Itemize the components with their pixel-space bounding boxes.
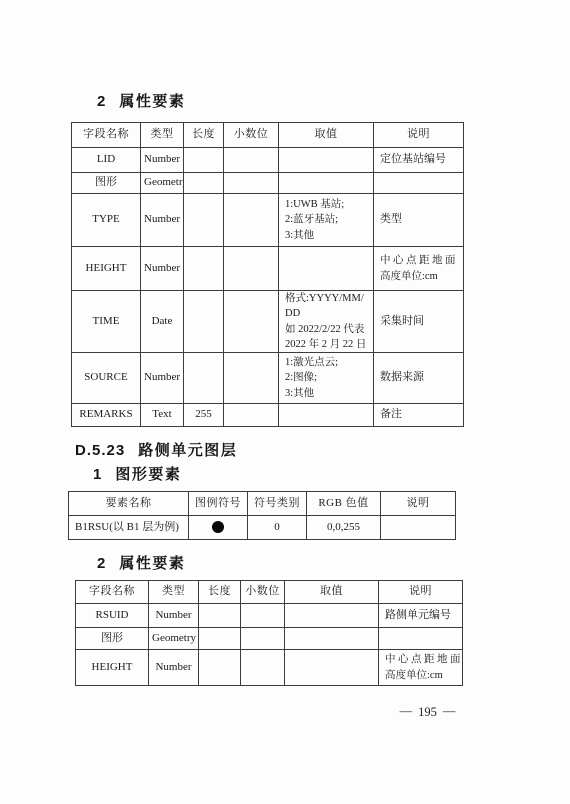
- cell-field: SOURCE: [72, 353, 141, 404]
- table-row: B1RSU(以 B1 层为例) 0 0,0,255: [69, 516, 456, 540]
- header-cell-value: 取值: [285, 581, 379, 604]
- cell-decimal: [224, 173, 279, 194]
- cell-length: [199, 604, 241, 628]
- cell-symbol-class: 0: [248, 516, 307, 540]
- heading-number: 1: [93, 467, 102, 483]
- cell-length: [199, 628, 241, 650]
- cell-length: [199, 650, 241, 686]
- header-cell-rgb: RGB 色值: [307, 492, 381, 516]
- cell-value: [285, 650, 379, 686]
- cell-desc: [374, 173, 464, 194]
- cell-field: 图形: [76, 628, 149, 650]
- cell-value: [279, 247, 374, 291]
- table-row: 图形 Geometry: [76, 628, 463, 650]
- cell-desc: 类型: [374, 194, 464, 247]
- document-page: 2属性要素 字段名称 类型 长度 小数位 取值 说明 LID Number 定位…: [0, 0, 570, 804]
- desc-line: 高度单位:cm: [385, 668, 459, 683]
- page-number: 195: [418, 705, 437, 719]
- heading-title: 属性要素: [119, 93, 185, 110]
- cell-field: TYPE: [72, 194, 141, 247]
- cell-type: Number: [149, 604, 199, 628]
- header-cell-type: 类型: [149, 581, 199, 604]
- footer-left-dash: —: [400, 704, 413, 718]
- heading-number: 2: [97, 94, 106, 110]
- filled-circle-icon: [212, 521, 224, 533]
- value-line: 格式:YYYY/MM/: [285, 291, 370, 306]
- desc-line: 高度单位:cm: [380, 269, 460, 284]
- cell-value: 1:激光点云; 2:图像; 3:其他: [279, 353, 374, 404]
- table-header-row: 字段名称 类型 长度 小数位 取值 说明: [76, 581, 463, 604]
- header-cell-value: 取值: [279, 123, 374, 148]
- cell-field: RSUID: [76, 604, 149, 628]
- cell-decimal: [241, 628, 285, 650]
- heading-attribute-elements-top: 2属性要素: [97, 94, 185, 110]
- cell-type: Number: [141, 247, 184, 291]
- cell-desc: 中心点距地面 高度单位:cm: [379, 650, 463, 686]
- desc-line: 中心点距地面: [385, 652, 459, 667]
- table-row: TYPE Number 1:UWB 基站; 2:蓝牙基站; 3:其他 类型: [72, 194, 464, 247]
- cell-decimal: [224, 353, 279, 404]
- header-cell-length: 长度: [199, 581, 241, 604]
- attribute-table-2: 字段名称 类型 长度 小数位 取值 说明 RSUID Number 路侧单元编号…: [75, 580, 463, 686]
- table-row: HEIGHT Number 中心点距地面 高度单位:cm: [72, 247, 464, 291]
- header-cell-decimal: 小数位: [224, 123, 279, 148]
- cell-element-name: B1RSU(以 B1 层为例): [69, 516, 189, 540]
- table-row: HEIGHT Number 中心点距地面 高度单位:cm: [76, 650, 463, 686]
- cell-length: [184, 247, 224, 291]
- cell-field: HEIGHT: [76, 650, 149, 686]
- heading-number: D.5.23: [75, 443, 125, 459]
- cell-decimal: [224, 247, 279, 291]
- cell-length: [184, 291, 224, 353]
- heading-section-d523: D.5.23路侧单元图层: [75, 443, 237, 459]
- value-line: 2:蓝牙基站;: [285, 212, 370, 227]
- cell-decimal: [224, 291, 279, 353]
- cell-desc: 采集时间: [374, 291, 464, 353]
- value-line: 1:激光点云;: [285, 355, 370, 370]
- cell-desc: [381, 516, 456, 540]
- cell-value: 1:UWB 基站; 2:蓝牙基站; 3:其他: [279, 194, 374, 247]
- cell-type: Geometry: [149, 628, 199, 650]
- heading-graphic-elements: 1图形要素: [93, 467, 181, 483]
- cell-length: [184, 194, 224, 247]
- value-line: 2:图像;: [285, 370, 370, 385]
- desc-line: 中心点距地面: [380, 253, 460, 268]
- heading-title: 图形要素: [115, 466, 181, 483]
- footer-right-dash: —: [443, 704, 456, 718]
- cell-desc: [379, 628, 463, 650]
- cell-type: Number: [149, 650, 199, 686]
- header-cell-field: 字段名称: [72, 123, 141, 148]
- header-cell-element-name: 要素名称: [69, 492, 189, 516]
- cell-length: [184, 173, 224, 194]
- value-line: 1:UWB 基站;: [285, 197, 370, 212]
- header-cell-desc: 说明: [379, 581, 463, 604]
- table-row: TIME Date 格式:YYYY/MM/ DD 如 2022/2/22 代表 …: [72, 291, 464, 353]
- header-cell-field: 字段名称: [76, 581, 149, 604]
- cell-rgb: 0,0,255: [307, 516, 381, 540]
- cell-length: [184, 148, 224, 173]
- cell-type: Number: [141, 194, 184, 247]
- cell-field: HEIGHT: [72, 247, 141, 291]
- cell-decimal: [224, 148, 279, 173]
- header-cell-length: 长度: [184, 123, 224, 148]
- value-line: DD: [285, 306, 370, 321]
- cell-length: [184, 353, 224, 404]
- cell-decimal: [241, 650, 285, 686]
- cell-value: [285, 604, 379, 628]
- heading-number: 2: [97, 556, 106, 572]
- page-footer: —195—: [385, 705, 470, 720]
- table-row: REMARKS Text 255 备注: [72, 404, 464, 427]
- cell-value: [279, 404, 374, 427]
- cell-length: 255: [184, 404, 224, 427]
- cell-value: 格式:YYYY/MM/ DD 如 2022/2/22 代表 2022 年 2 月…: [279, 291, 374, 353]
- heading-title: 属性要素: [119, 555, 185, 572]
- cell-type: Number: [141, 353, 184, 404]
- graphic-elements-table: 要素名称 图例符号 符号类别 RGB 色值 说明 B1RSU(以 B1 层为例)…: [68, 491, 456, 540]
- cell-desc: 中心点距地面 高度单位:cm: [374, 247, 464, 291]
- heading-attribute-elements-bottom: 2属性要素: [97, 556, 185, 572]
- table-row: SOURCE Number 1:激光点云; 2:图像; 3:其他 数据来源: [72, 353, 464, 404]
- cell-value: [279, 173, 374, 194]
- cell-legend-symbol: [189, 516, 248, 540]
- cell-value: [279, 148, 374, 173]
- table-header-row: 要素名称 图例符号 符号类别 RGB 色值 说明: [69, 492, 456, 516]
- cell-decimal: [224, 194, 279, 247]
- cell-value: [285, 628, 379, 650]
- table-row: RSUID Number 路侧单元编号: [76, 604, 463, 628]
- cell-field: LID: [72, 148, 141, 173]
- heading-title: 路侧单元图层: [138, 442, 237, 459]
- table-row: 图形 Geometry: [72, 173, 464, 194]
- cell-desc: 备注: [374, 404, 464, 427]
- header-cell-desc: 说明: [381, 492, 456, 516]
- cell-decimal: [224, 404, 279, 427]
- header-cell-type: 类型: [141, 123, 184, 148]
- cell-desc: 数据来源: [374, 353, 464, 404]
- table-row: LID Number 定位基站编号: [72, 148, 464, 173]
- value-line: 3:其他: [285, 228, 370, 243]
- cell-decimal: [241, 604, 285, 628]
- header-cell-legend-symbol: 图例符号: [189, 492, 248, 516]
- header-cell-desc: 说明: [374, 123, 464, 148]
- value-line: 3:其他: [285, 386, 370, 401]
- attribute-table-1: 字段名称 类型 长度 小数位 取值 说明 LID Number 定位基站编号 图…: [71, 122, 464, 427]
- value-line: 2022 年 2 月 22 日: [285, 337, 370, 352]
- cell-type: Number: [141, 148, 184, 173]
- header-cell-symbol-class: 符号类别: [248, 492, 307, 516]
- cell-field: TIME: [72, 291, 141, 353]
- cell-field: REMARKS: [72, 404, 141, 427]
- cell-type: Date: [141, 291, 184, 353]
- cell-type: Geometry: [141, 173, 184, 194]
- cell-desc: 路侧单元编号: [379, 604, 463, 628]
- table-header-row: 字段名称 类型 长度 小数位 取值 说明: [72, 123, 464, 148]
- value-line: 如 2022/2/22 代表: [285, 322, 370, 337]
- cell-field: 图形: [72, 173, 141, 194]
- cell-desc: 定位基站编号: [374, 148, 464, 173]
- header-cell-decimal: 小数位: [241, 581, 285, 604]
- cell-type: Text: [141, 404, 184, 427]
